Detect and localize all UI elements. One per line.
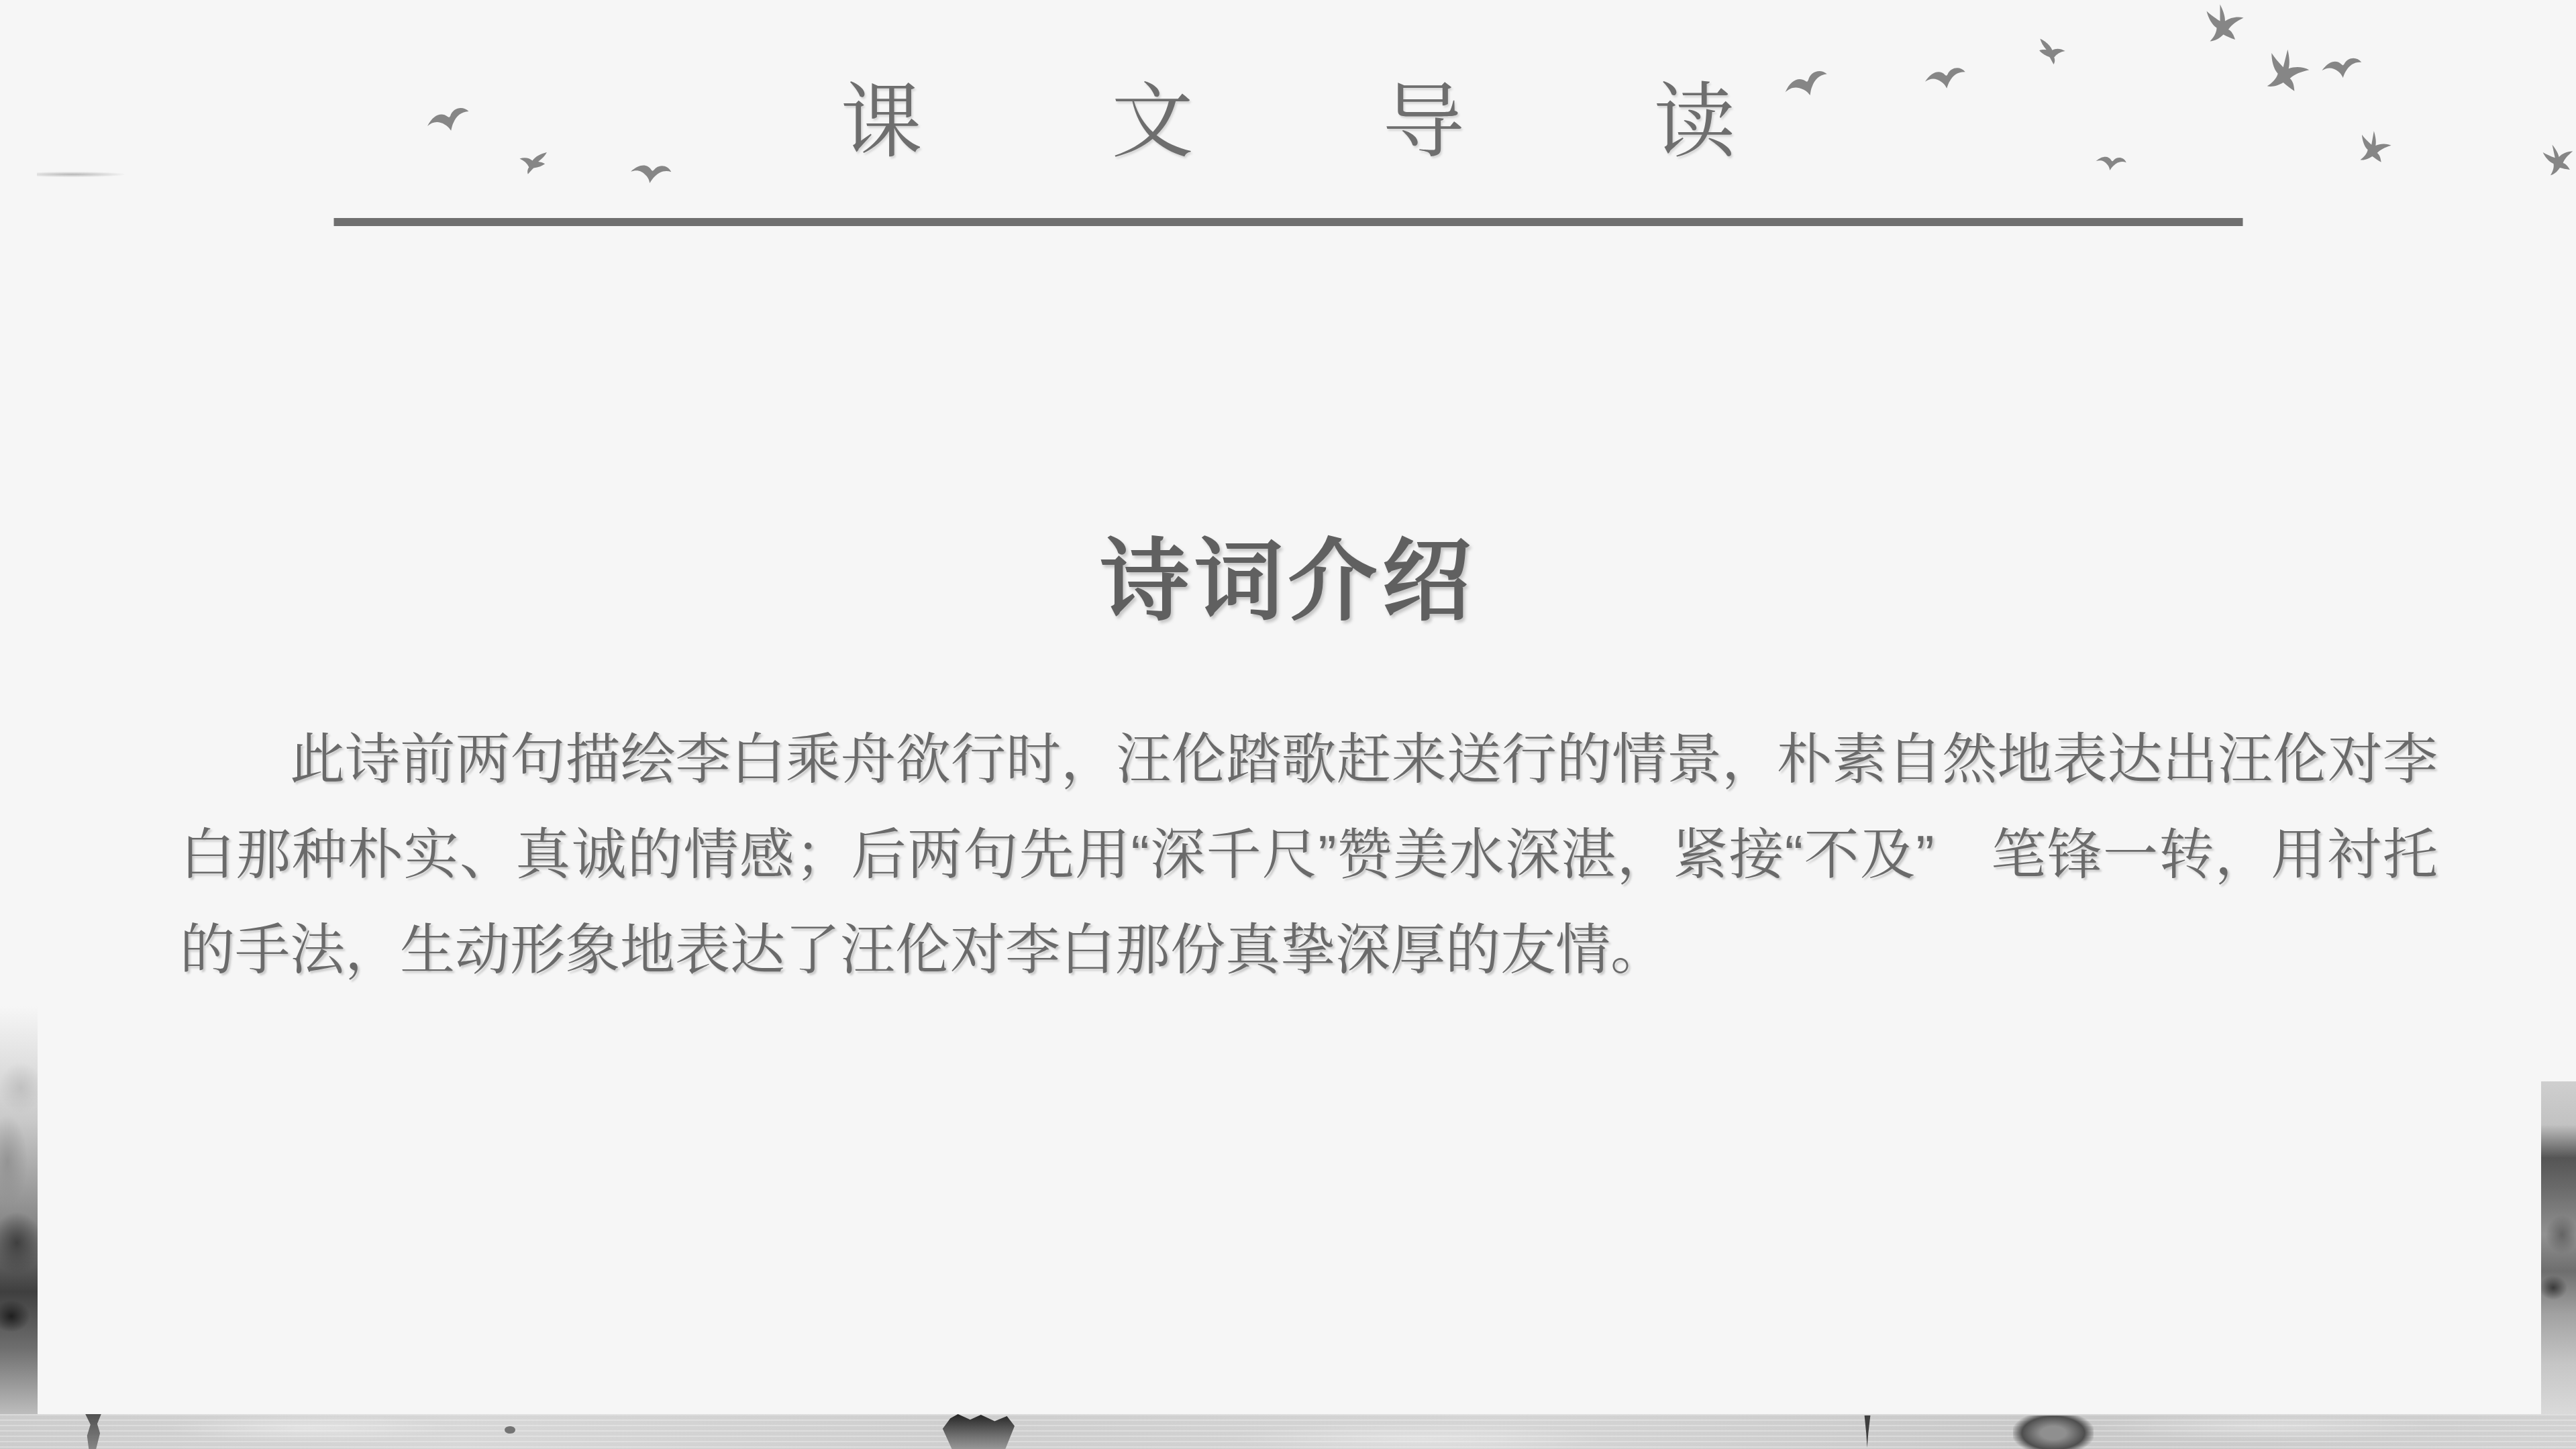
water-reflection-decoration bbox=[2013, 1415, 2094, 1449]
page-title-char: 文 bbox=[1112, 72, 1194, 170]
title-underline bbox=[333, 218, 2243, 226]
page-title: 课 文 导 读 bbox=[0, 72, 2576, 170]
bird-icon bbox=[2202, 3, 2249, 43]
ink-wash-right-edge bbox=[2541, 1081, 2576, 1414]
page-title-char: 课 bbox=[841, 72, 923, 170]
page-title-char: 读 bbox=[1654, 72, 1736, 170]
section-heading: 诗词介绍 bbox=[0, 510, 2576, 638]
water-reflection-decoration bbox=[938, 1414, 1015, 1449]
intro-paragraph: 此诗前两句描绘李白乘舟欲行时，汪伦踏歌赶来送行的情景，朴素自然地表达出汪伦对李白… bbox=[180, 712, 2438, 998]
ink-wisp-decoration bbox=[37, 172, 124, 177]
bird-icon bbox=[2035, 35, 2075, 66]
water-reflection-decoration bbox=[505, 1426, 515, 1434]
ink-wash-left-edge bbox=[0, 1006, 38, 1414]
slide: 课 文 导 读 诗词介绍 此诗前两句描绘李白乘舟欲行时，汪伦踏歌赶来送行的情景，… bbox=[0, 0, 2576, 1449]
water-band-decoration bbox=[0, 1414, 2576, 1449]
page-title-char: 导 bbox=[1383, 72, 1465, 170]
